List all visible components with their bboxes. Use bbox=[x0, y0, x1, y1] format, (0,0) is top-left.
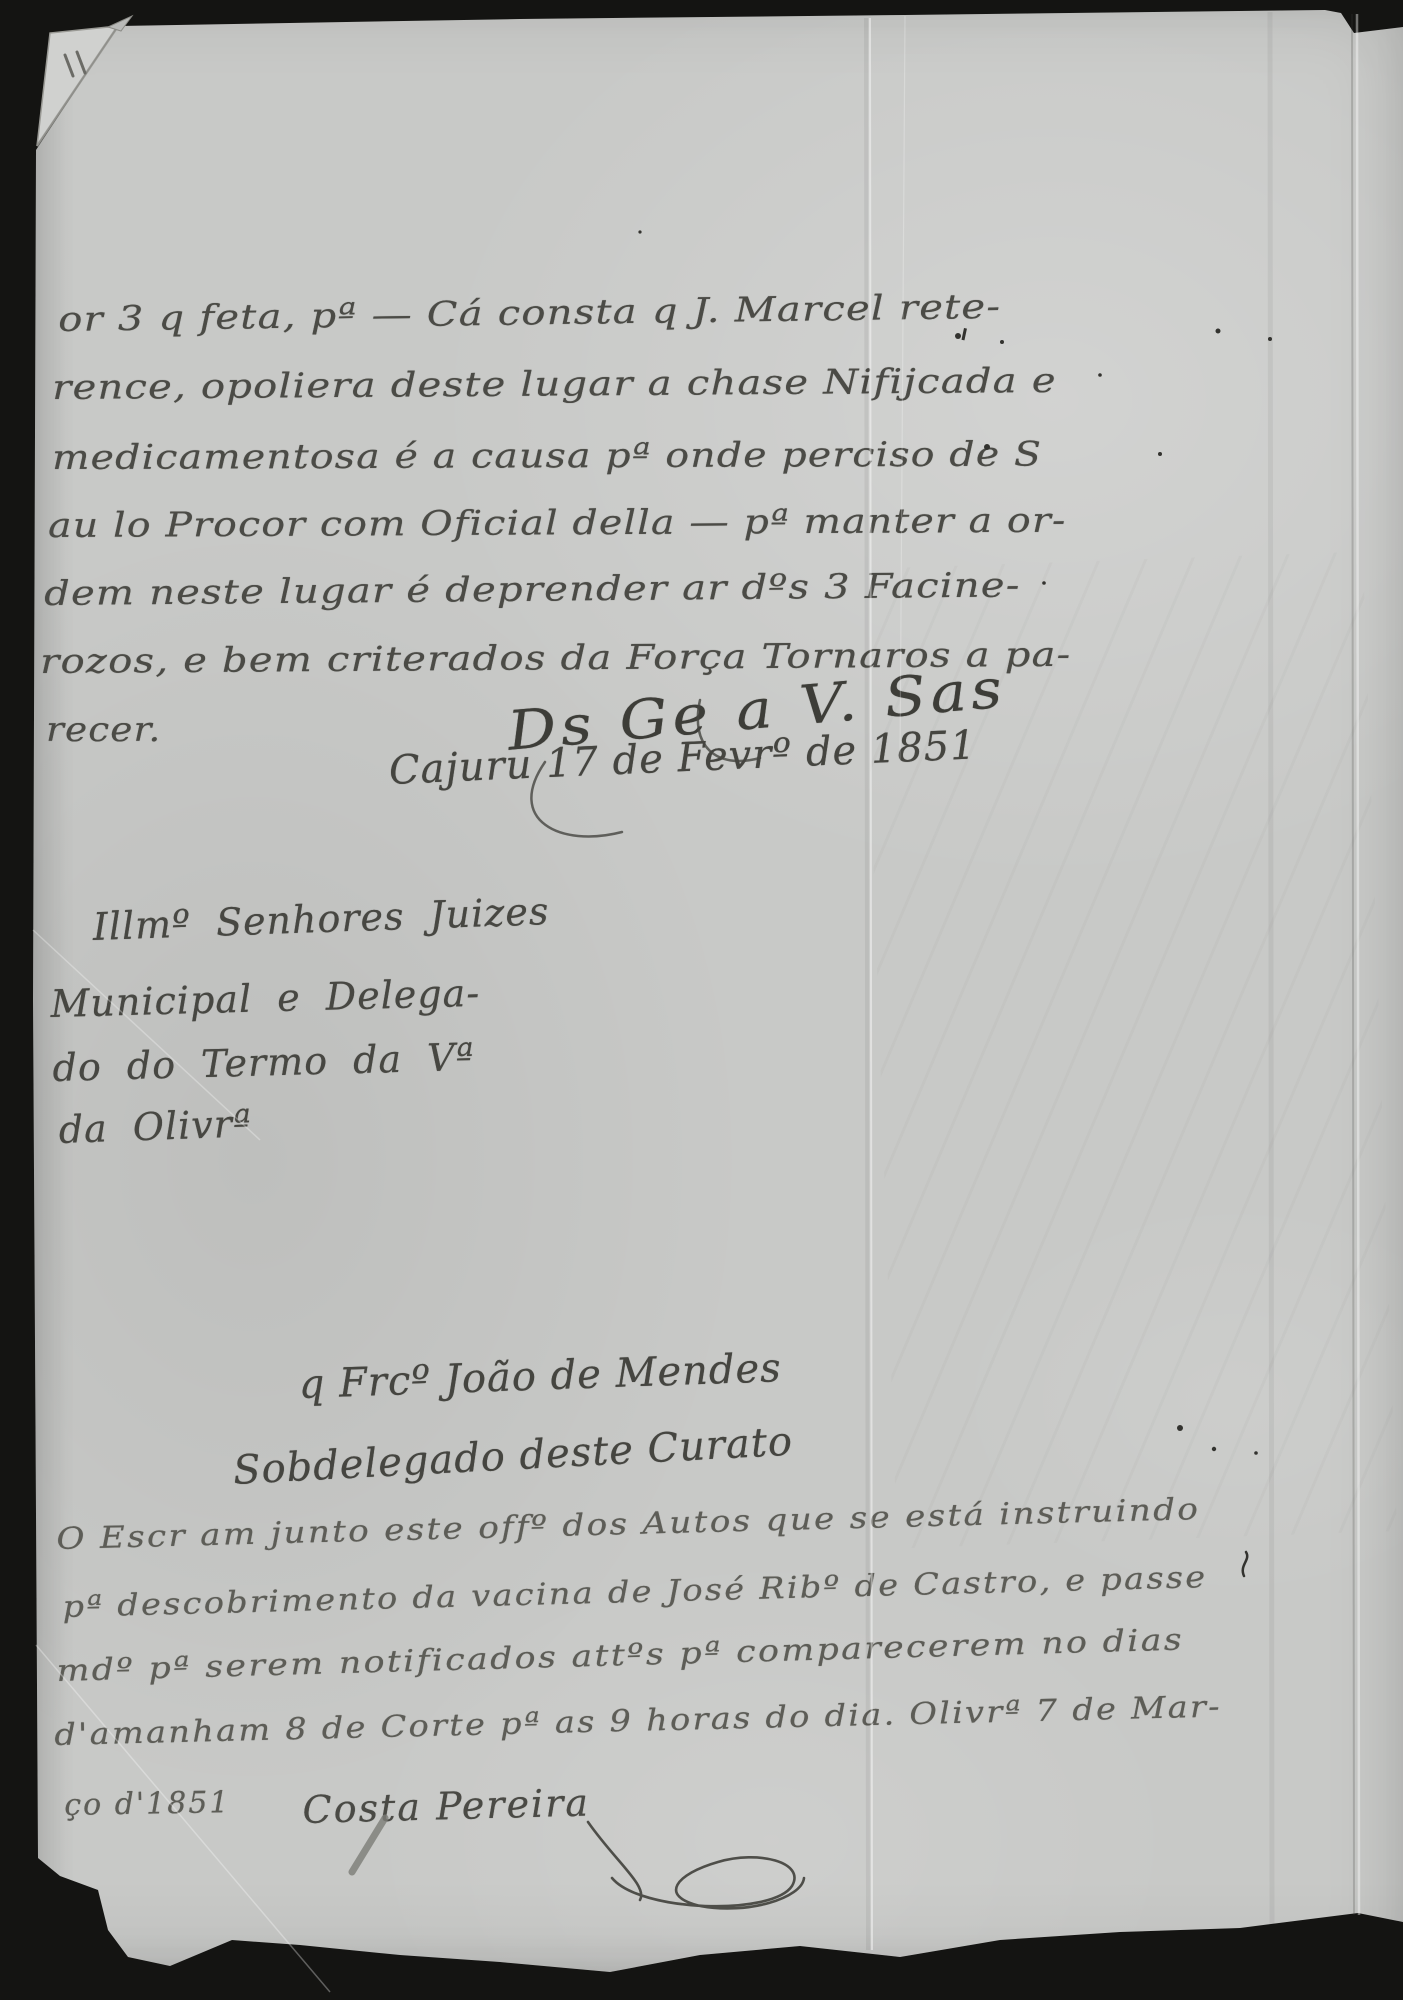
note-line-4: d'amanham 8 de Corte pª as 9 horas do di… bbox=[54, 1689, 1222, 1753]
referral-line-2: Sobdelegado deste Curato bbox=[232, 1419, 794, 1494]
address-line-3: do do Termo da Vª bbox=[52, 1035, 475, 1090]
address-line-1: Illmº Senhores Juizes bbox=[92, 889, 550, 949]
note-line-2: pª descobrimento da vacina de José Ribº … bbox=[62, 1560, 1208, 1625]
body-line-2: rence, opoliera deste lugar a chase Nifi… bbox=[52, 361, 1057, 408]
address-line-2: Municipal e Delega- bbox=[50, 971, 481, 1026]
body-line-3: medicamentosa é a causa pª onde perciso … bbox=[52, 435, 1042, 478]
note-line-1: O Escr am junto este offº dos Autos que … bbox=[56, 1492, 1201, 1557]
pencil-ticks bbox=[65, 52, 85, 76]
body-line-4: au lo Procor com Oficial della — pª mant… bbox=[48, 501, 1067, 546]
paper-sheet: or 3 q feta, pª — Cá consta q J. Marcel … bbox=[0, 0, 1403, 2000]
note-line-3: mdº pª serem notificados attºs pª compar… bbox=[56, 1623, 1184, 1689]
signature-name: Costa Pereira bbox=[302, 1780, 590, 1832]
body-line-5: dem neste lugar é deprender ar dºs 3 Fac… bbox=[44, 565, 1021, 614]
body-line-7: recer. bbox=[46, 710, 161, 750]
address-line-4: da Olivrª bbox=[58, 1101, 253, 1152]
body-line-1: or 3 q feta, pª — Cá consta q J. Marcel … bbox=[58, 287, 1001, 340]
referral-line-1: q Frcº João de Mendes bbox=[298, 1345, 782, 1408]
note-line-5: ço d'1851 bbox=[64, 1785, 231, 1823]
scanned-document: or 3 q feta, pª — Cá consta q J. Marcel … bbox=[0, 0, 1403, 2000]
